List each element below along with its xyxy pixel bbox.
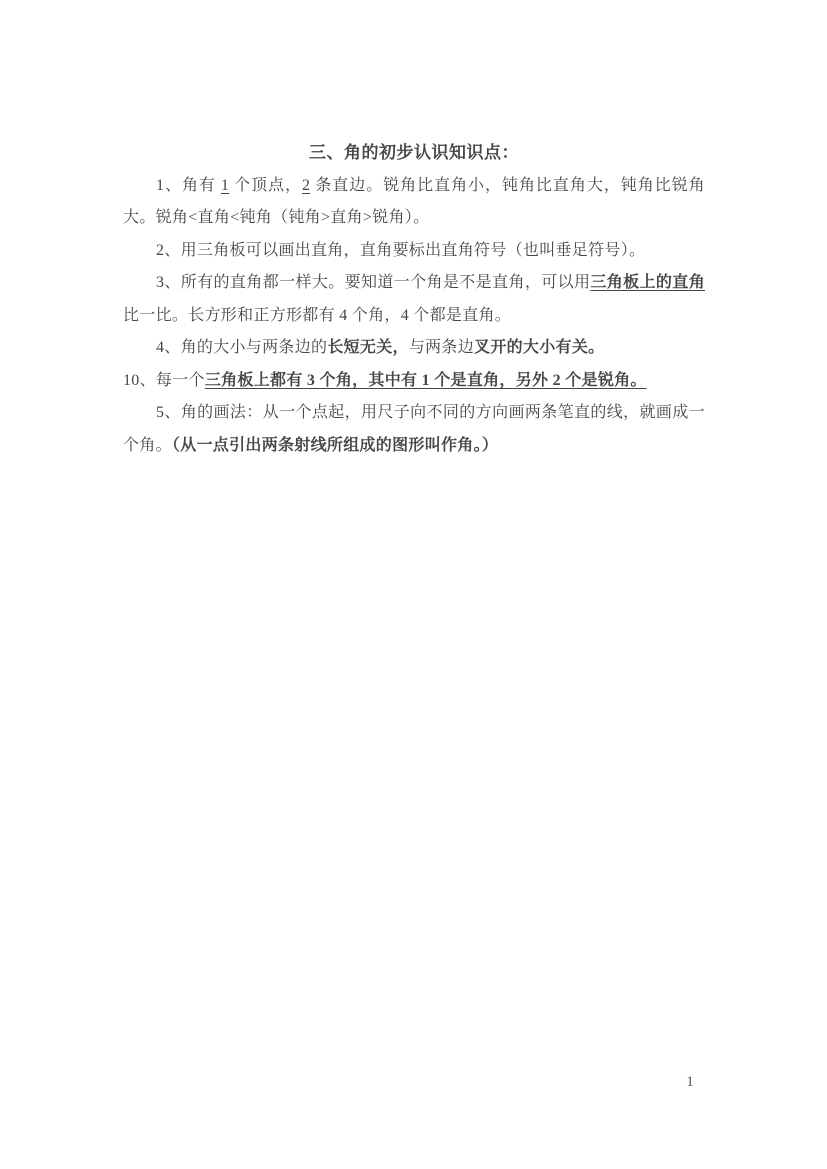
- paragraph: 1、角有 1 个顶点，2 条直边。锐角比直角小，钝角比直角大，钝角比锐角大。锐角…: [123, 170, 705, 235]
- paragraph: 2、用三角板可以画出直角，直角要标出直角符号（也叫垂足符号）。: [123, 235, 705, 268]
- page-title: 三、角的初步认识知识点：: [123, 137, 705, 170]
- text-run: （从一点引出两条射线所组成的图形叫作角。）: [172, 437, 498, 454]
- document-content: 三、角的初步认识知识点： 1、角有 1 个顶点，2 条直边。锐角比直角小，钝角比…: [123, 137, 705, 462]
- paragraph: 4、角的大小与两条边的长短无关，与两条边叉开的大小有关。: [123, 332, 705, 365]
- document-page: 三、角的初步认识知识点： 1、角有 1 个顶点，2 条直边。锐角比直角小，钝角比…: [0, 0, 827, 1169]
- text-run: 三角板上都有 3 个角，其中有 1 个是直角，另外 2 个是锐角。: [205, 372, 647, 389]
- text-run: 个顶点，: [229, 177, 302, 194]
- text-run: 与两条边: [409, 339, 474, 356]
- text-run: 比一比。长方形和正方形都有 4 个角，4 个都是直角。: [123, 307, 511, 324]
- text-run: 10、每一个: [123, 372, 205, 389]
- text-run: 长短无关，: [327, 339, 409, 356]
- document-body: 1、角有 1 个顶点，2 条直边。锐角比直角小，钝角比直角大，钝角比锐角大。锐角…: [123, 170, 705, 463]
- text-run: 2、用三角板可以画出直角，直角要标出直角符号（也叫垂足符号）。: [156, 242, 645, 259]
- text-run: 叉开的大小有关。: [474, 339, 604, 356]
- text-run: 3、所有的直角都一样大。要知道一个角是不是直角，可以用: [156, 274, 590, 291]
- text-run: 4、角的大小与两条边的: [156, 339, 327, 356]
- paragraph: 5、角的画法：从一个点起，用尺子向不同的方向画两条笔直的线，就画成一个角。（从一…: [123, 397, 705, 462]
- paragraph: 10、每一个三角板上都有 3 个角，其中有 1 个是直角，另外 2 个是锐角。: [123, 365, 705, 398]
- page-number: 1: [660, 1072, 720, 1092]
- text-run: 1: [221, 177, 229, 194]
- text-run: 1、角有: [156, 177, 221, 194]
- text-run: 三角板上的直角: [590, 274, 705, 291]
- paragraph: 3、所有的直角都一样大。要知道一个角是不是直角，可以用三角板上的直角比一比。长方…: [123, 267, 705, 332]
